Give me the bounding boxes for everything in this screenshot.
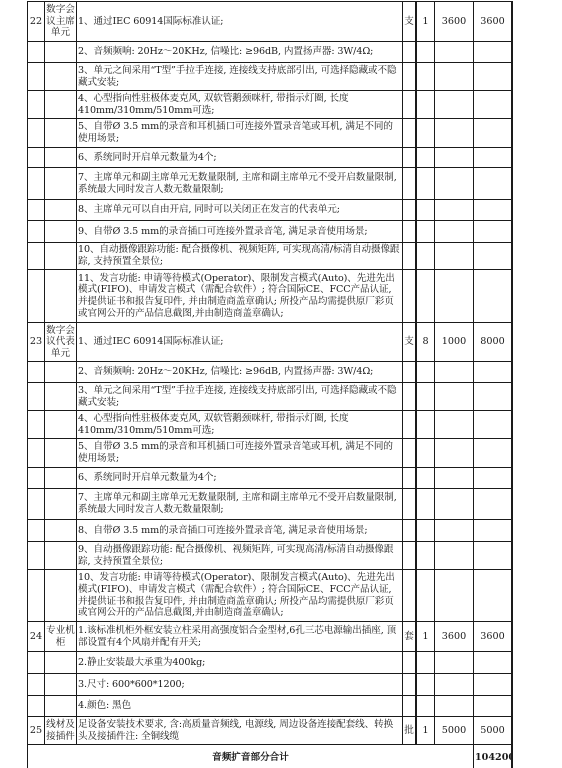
- spec-line: 6、系统同时开启单元数量为4个;: [77, 468, 403, 489]
- summary-label: 音频扩音部分合计: [28, 745, 474, 768]
- item-name: 专业机柜: [45, 622, 77, 652]
- item-number: 23: [28, 323, 45, 362]
- spec-line: 8、主席单元可以自由开启, 同时可以关闭正在发言的代表单元;: [77, 200, 403, 221]
- spec-line: 4.颜色: 黑色: [77, 696, 403, 717]
- table-row: 9、自动摄像跟踪功能: 配合摄像机、视频矩阵, 可实现高清/标清自动摄像跟踪, …: [28, 542, 513, 570]
- spec-line: 5、自带Ø 3.5 mm的录音和耳机插口可连接外置录音笔或耳机, 满足不同的使用…: [77, 439, 403, 468]
- spec-line: 7、主席单元和副主席单元无数量限制, 主席和副主席单元不受开启数量限制, 系统最…: [77, 489, 403, 520]
- item-number: 22: [28, 2, 45, 42]
- table-row: 8、主席单元可以自由开启, 同时可以关闭正在发言的代表单元;: [28, 200, 513, 221]
- item-unit: 套: [403, 622, 417, 652]
- item-name: 数字会议代表单元: [45, 323, 77, 362]
- table-row: 2、音频频响: 20Hz～20KHz, 信噪比: ≥96dB, 内置扬声器: 3…: [28, 362, 513, 383]
- item-name: 数字会议主席单元: [45, 2, 77, 42]
- item-qty: 1: [416, 2, 435, 42]
- spec-line: 2.静止安装最大承重为400kg;: [77, 652, 403, 674]
- spec-line: 10、自动摄像跟踪功能: 配合摄像机、视频矩阵, 可实现高清/标清自动摄像跟踪,…: [77, 243, 403, 270]
- table-row: 10、发言功能: 申请等待模式(Operator)、限制发言模式(Auto)、先…: [28, 570, 513, 622]
- spec-line: 1.该标准机柜外框安装立柱采用高强度铝合金型材,6孔三芯电源输出插座, 顶部设置…: [77, 622, 403, 652]
- item-unit: 支: [403, 2, 417, 42]
- item-total: 3600: [474, 2, 513, 42]
- spec-line: 4、心型指向性驻极体麦克风, 双软管鹅颈咪杆, 带指示灯圈, 长度410mm/3…: [77, 91, 403, 119]
- table-row: 8、自带Ø 3.5 mm的录音插口可连接外置录音笔, 满足录音使用场景;: [28, 520, 513, 542]
- spec-line: 10、发言功能: 申请等待模式(Operator)、限制发言模式(Auto)、先…: [77, 570, 403, 622]
- table-row: 5、自带Ø 3.5 mm的录音和耳机插口可连接外置录音笔或耳机, 满足不同的使用…: [28, 439, 513, 468]
- table-row: 2.静止安装最大承重为400kg;: [28, 652, 513, 674]
- spec-line: 足设备安装技术要求, 含:高质量音频线, 电源线, 周边设备连接配套线、转换头及…: [77, 717, 403, 745]
- table-row: 3.尺寸: 600*600*1200;: [28, 674, 513, 696]
- table-row: 6、系统同时开启单元数量为4个;: [28, 148, 513, 168]
- spec-line: 4、心型指向性驻极体麦克风, 双软管鹅颈咪杆, 带指示灯圈, 长度410mm/3…: [77, 411, 403, 439]
- table-row: 22 数字会议主席单元 1、通过IEC 60914国际标准认证; 支 1 360…: [28, 2, 513, 42]
- table-row: 9、自带Ø 3.5 mm的录音插口可连接外置录音笔, 满足录音使用场景;: [28, 221, 513, 243]
- spec-line: 11、发言功能: 申请等待模式(Operator)、限制发言模式(Auto)、先…: [77, 270, 403, 323]
- item-name: 线材及接插件: [45, 717, 77, 745]
- spec-line: 9、自带Ø 3.5 mm的录音插口可连接外置录音笔, 满足录音使用场景;: [77, 221, 403, 243]
- spec-line: 1、通过IEC 60914国际标准认证;: [77, 2, 403, 42]
- item-price: 3600: [435, 622, 474, 652]
- spec-line: 2、音频频响: 20Hz～20KHz, 信噪比: ≥96dB, 内置扬声器: 3…: [77, 362, 403, 383]
- table-row: 24 专业机柜 1.该标准机柜外框安装立柱采用高强度铝合金型材,6孔三芯电源输出…: [28, 622, 513, 652]
- spec-line: 5、自带Ø 3.5 mm的录音和耳机插口可连接外置录音笔或耳机, 满足不同的使用…: [77, 119, 403, 148]
- table-row: 6、系统同时开启单元数量为4个;: [28, 468, 513, 489]
- spec-line: 6、系统同时开启单元数量为4个;: [77, 148, 403, 168]
- item-qty: 1: [416, 717, 435, 745]
- item-total: 3600: [474, 622, 513, 652]
- equipment-spec-table: 22 数字会议主席单元 1、通过IEC 60914国际标准认证; 支 1 360…: [27, 1, 513, 768]
- table-row: 11、发言功能: 申请等待模式(Operator)、限制发言模式(Auto)、先…: [28, 270, 513, 323]
- table-row: 3、单元之间采用“T型”手拉手连接, 连接线支持底部引出, 可选择隐藏或不隐藏式…: [28, 63, 513, 91]
- item-number: 24: [28, 622, 45, 652]
- table-row: 2、音频频响: 20Hz～20KHz, 信噪比: ≥96dB, 内置扬声器: 3…: [28, 42, 513, 63]
- summary-value: 104200: [474, 745, 513, 768]
- summary-row: 音频扩音部分合计 104200: [28, 745, 513, 768]
- table-row: 4、心型指向性驻极体麦克风, 双软管鹅颈咪杆, 带指示灯圈, 长度410mm/3…: [28, 411, 513, 439]
- item-price: 5000: [435, 717, 474, 745]
- item-total: 5000: [474, 717, 513, 745]
- table-row: 5、自带Ø 3.5 mm的录音和耳机插口可连接外置录音笔或耳机, 满足不同的使用…: [28, 119, 513, 148]
- table-row: 25 线材及接插件 足设备安装技术要求, 含:高质量音频线, 电源线, 周边设备…: [28, 717, 513, 745]
- table-row: 4.颜色: 黑色: [28, 696, 513, 717]
- spec-line: 2、音频频响: 20Hz～20KHz, 信噪比: ≥96dB, 内置扬声器: 3…: [77, 42, 403, 63]
- spec-line: 8、自带Ø 3.5 mm的录音插口可连接外置录音笔, 满足录音使用场景;: [77, 520, 403, 542]
- spec-line: 1、通过IEC 60914国际标准认证;: [77, 323, 403, 362]
- table-row: 7、主席单元和副主席单元无数量限制, 主席和副主席单元不受开启数量限制, 系统最…: [28, 489, 513, 520]
- table-row: 23 数字会议代表单元 1、通过IEC 60914国际标准认证; 支 8 100…: [28, 323, 513, 362]
- item-number: 25: [28, 717, 45, 745]
- item-total: 8000: [474, 323, 513, 362]
- table-row: 3、单元之间采用“T型”手拉手连接, 连接线支持底部引出, 可选择隐藏或不隐藏式…: [28, 383, 513, 411]
- item-price: 1000: [435, 323, 474, 362]
- item-price: 3600: [435, 2, 474, 42]
- item-qty: 1: [416, 622, 435, 652]
- table-row: 7、主席单元和副主席单元无数量限制, 主席和副主席单元不受开启数量限制, 系统最…: [28, 168, 513, 200]
- item-qty: 8: [416, 323, 435, 362]
- spec-line: 3、单元之间采用“T型”手拉手连接, 连接线支持底部引出, 可选择隐藏或不隐藏式…: [77, 63, 403, 91]
- table-row: 4、心型指向性驻极体麦克风, 双软管鹅颈咪杆, 带指示灯圈, 长度410mm/3…: [28, 91, 513, 119]
- item-unit: 批: [403, 717, 417, 745]
- spec-line: 7、主席单元和副主席单元无数量限制, 主席和副主席单元不受开启数量限制, 系统最…: [77, 168, 403, 200]
- spec-line: 3.尺寸: 600*600*1200;: [77, 674, 403, 696]
- item-unit: 支: [403, 323, 417, 362]
- spec-line: 9、自动摄像跟踪功能: 配合摄像机、视频矩阵, 可实现高清/标清自动摄像跟踪, …: [77, 542, 403, 570]
- table-row: 10、自动摄像跟踪功能: 配合摄像机、视频矩阵, 可实现高清/标清自动摄像跟踪,…: [28, 243, 513, 270]
- spec-line: 3、单元之间采用“T型”手拉手连接, 连接线支持底部引出, 可选择隐藏或不隐藏式…: [77, 383, 403, 411]
